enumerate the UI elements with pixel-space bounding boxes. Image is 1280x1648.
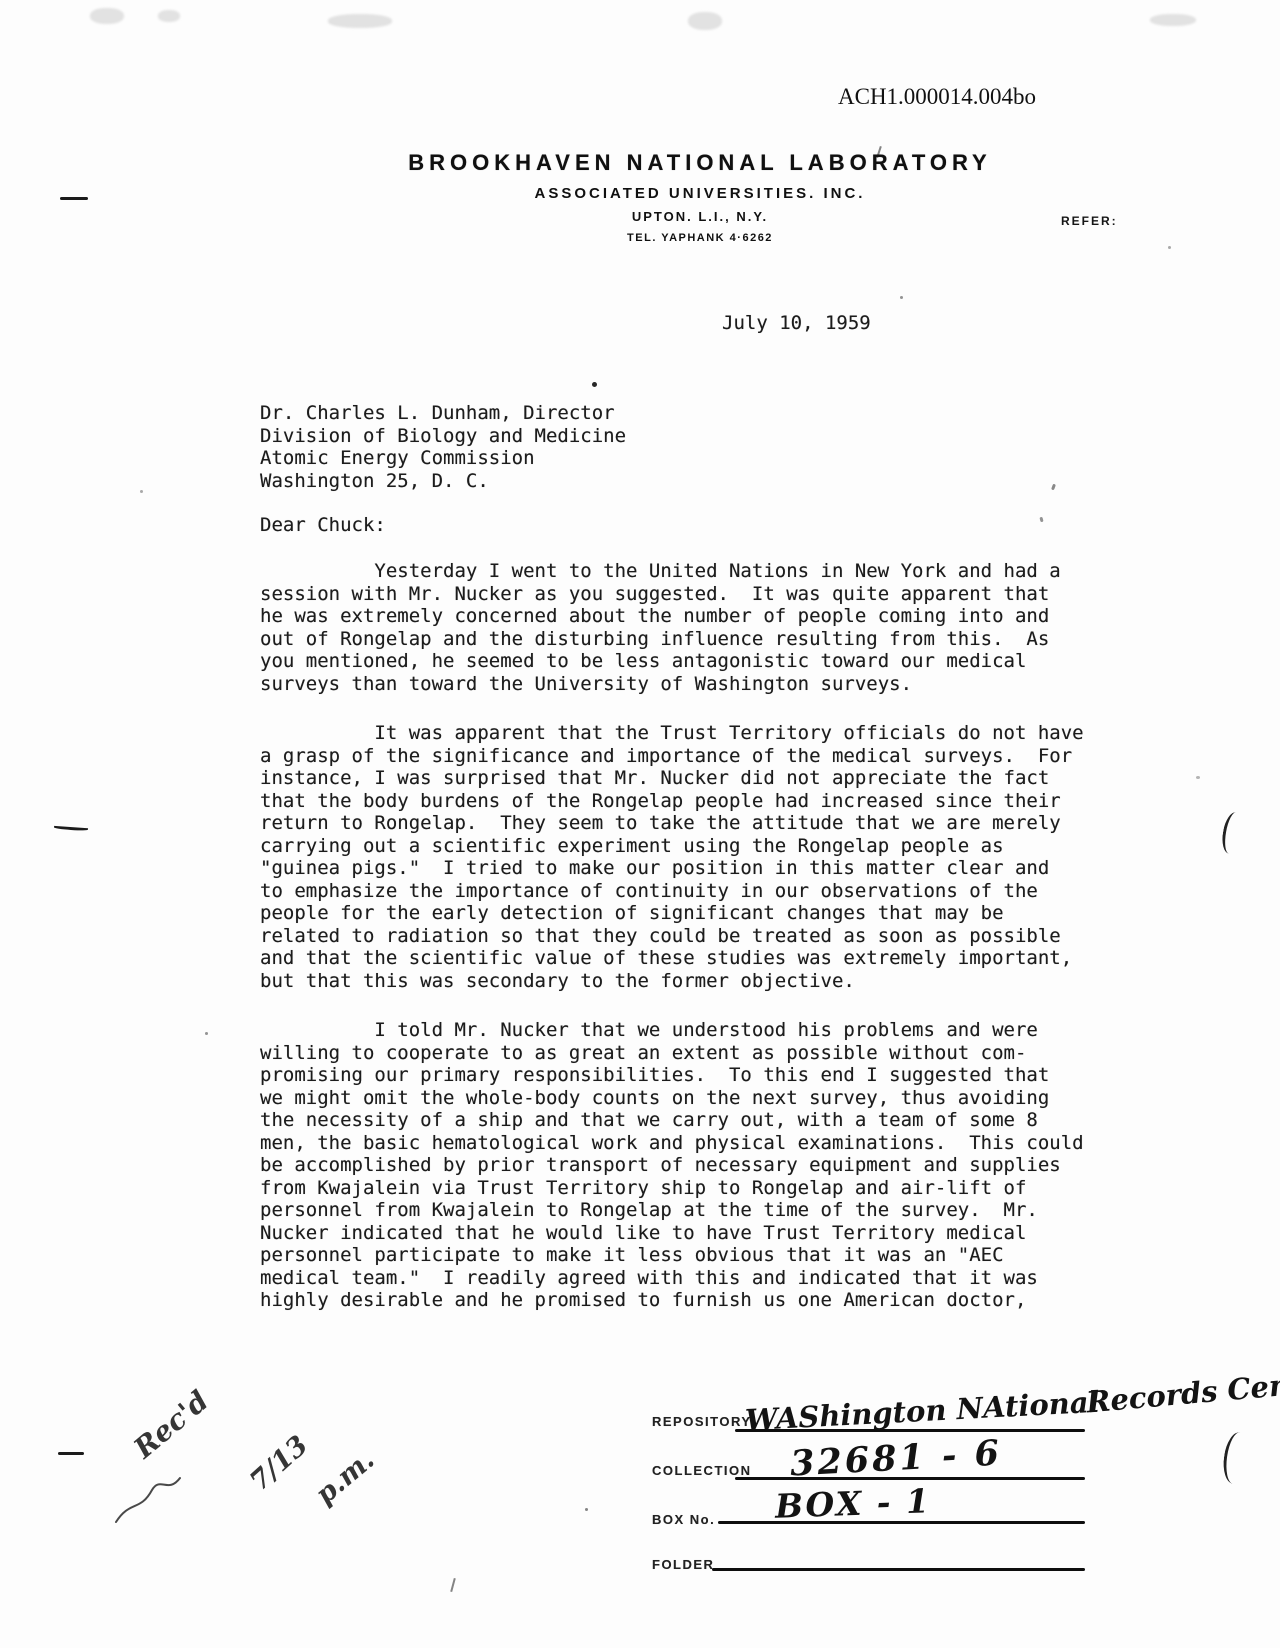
scan-speck xyxy=(592,382,597,387)
scan-smudge xyxy=(1150,14,1196,26)
scan-speck xyxy=(1168,246,1171,249)
pen-dash-mark xyxy=(60,197,88,200)
document-id: ACH1.000014.004bo xyxy=(838,84,1036,110)
scan-speck xyxy=(1039,517,1043,523)
letterhead: BROOKHAVEN NATIONAL LABORATORY ASSOCIATE… xyxy=(380,150,1020,244)
body-paragraph-3: I told Mr. Nucker that we understood his… xyxy=(260,1019,1084,1312)
handwriting-squiggle xyxy=(110,1460,230,1530)
scan-smudge xyxy=(328,14,392,28)
letterhead-location: UPTON. L.I., N.Y. xyxy=(380,209,1020,224)
received-note-word: 7/13 xyxy=(244,1430,314,1497)
body-paragraph-2: It was apparent that the Trust Territory… xyxy=(260,722,1084,992)
folder-underline xyxy=(712,1568,1085,1571)
scan-speck xyxy=(140,490,143,493)
scan-speck xyxy=(900,296,903,299)
scan-speck xyxy=(1051,484,1056,491)
refer-label: REFER: xyxy=(1061,214,1118,228)
box-number-underline xyxy=(718,1521,1085,1524)
pen-dash-mark xyxy=(54,826,88,831)
letter-date: July 10, 1959 xyxy=(722,312,871,335)
pen-paren-mark xyxy=(1219,811,1245,856)
box-number-value-handwritten: BOX - 1 xyxy=(774,1481,931,1525)
pen-dash-mark xyxy=(58,1452,84,1455)
received-note-word: p.m. xyxy=(310,1444,381,1510)
scan-speck xyxy=(1196,776,1200,779)
repository-label: REPOSITORY xyxy=(652,1414,752,1429)
scan-speck xyxy=(450,1578,456,1592)
received-note-word: Rec'd xyxy=(127,1384,214,1465)
scanned-letter-page: ACH1.000014.004bo BROOKHAVEN NATIONAL LA… xyxy=(0,0,1280,1648)
scan-speck xyxy=(205,1032,208,1035)
collection-label: COLLECTION xyxy=(652,1463,752,1478)
folder-label: FOLDER xyxy=(652,1557,714,1572)
scan-speck xyxy=(585,1508,588,1511)
pen-paren-mark xyxy=(1221,1431,1253,1486)
box-number-label: BOX No. xyxy=(652,1512,715,1527)
scan-smudge xyxy=(688,12,722,30)
repository-overflow-handwritten: Records Cent xyxy=(1085,1367,1280,1420)
salutation: Dear Chuck: xyxy=(260,514,386,537)
scan-smudge xyxy=(90,8,124,24)
scan-smudge xyxy=(158,10,180,22)
letterhead-telephone: TEL. YAPHANK 4·6262 xyxy=(380,232,1020,244)
letterhead-organization: BROOKHAVEN NATIONAL LABORATORY xyxy=(380,150,1020,176)
letterhead-subtitle: ASSOCIATED UNIVERSITIES. INC. xyxy=(380,185,1020,202)
body-paragraph-1: Yesterday I went to the United Nations i… xyxy=(260,560,1061,695)
recipient-address: Dr. Charles L. Dunham, Director Division… xyxy=(260,402,626,492)
